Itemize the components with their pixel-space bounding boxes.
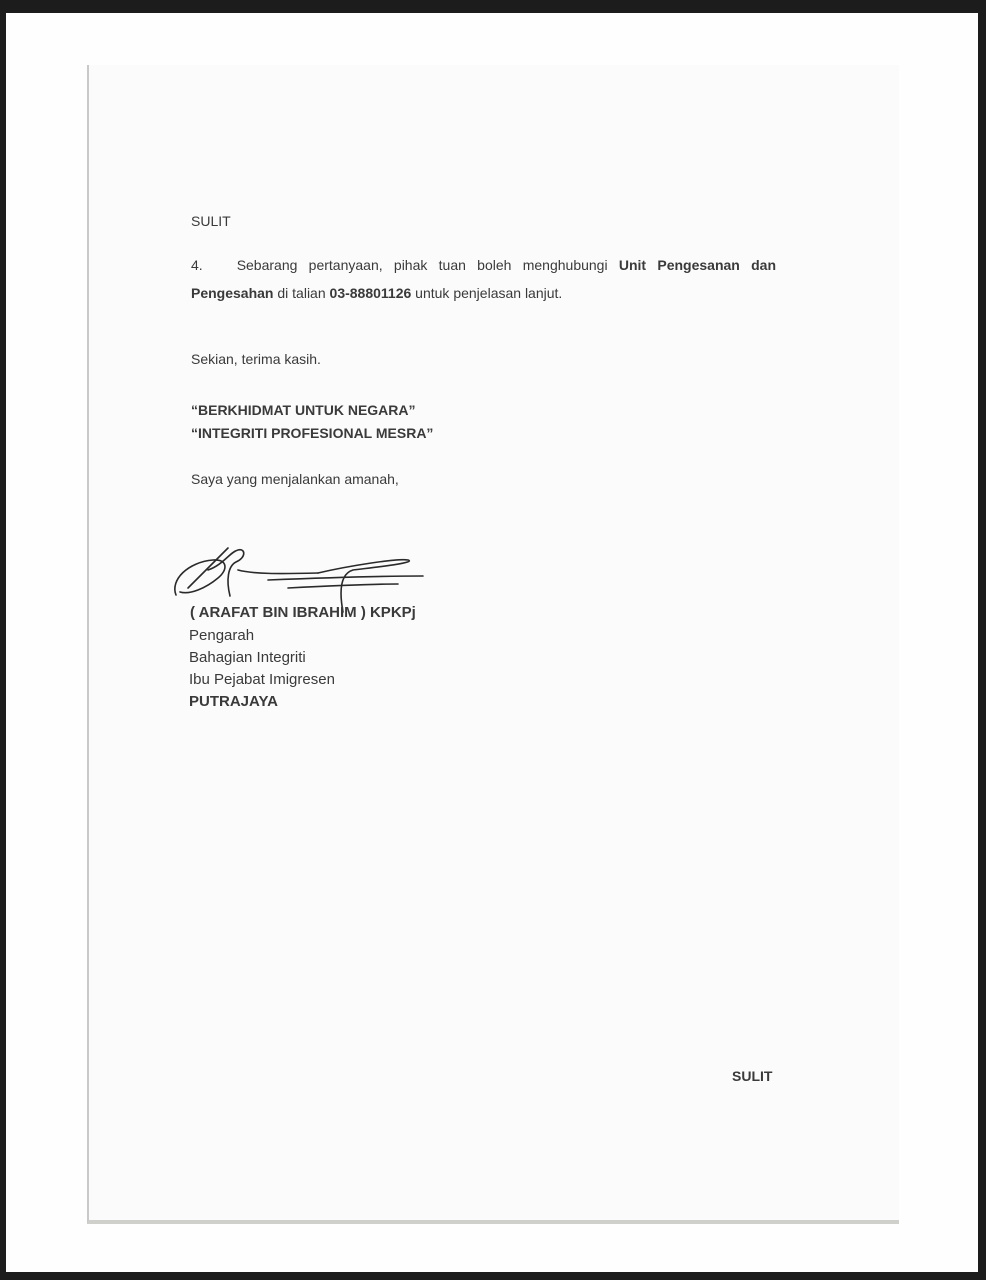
signatory-division: Bahagian Integriti [189, 649, 306, 666]
paragraph-text-end: untuk penjelasan lanjut. [411, 285, 562, 301]
unit-name: Unit Pengesanan dan [619, 257, 776, 273]
motto-1: “BERKHIDMAT UNTUK NEGARA” [191, 402, 416, 418]
signatory-city: PUTRAJAYA [189, 693, 278, 710]
paragraph-text-middle: di talian [273, 285, 329, 301]
paragraph-line-1: 4.Sebarang pertanyaan, pihak tuan boleh … [191, 257, 776, 273]
paragraph-line-2: Pengesahan di talian 03-88801126 untuk p… [191, 285, 562, 301]
unit-name-cont: Pengesahan [191, 285, 273, 301]
motto-2: “INTEGRITI PROFESIONAL MESRA” [191, 425, 433, 441]
signatory-office: Ibu Pejabat Imigresen [189, 671, 335, 688]
phone-number: 03-88801126 [330, 285, 412, 301]
paragraph-text-start: Sebarang pertanyaan, pihak tuan boleh me… [237, 257, 619, 273]
paragraph-number: 4. [191, 257, 203, 273]
signatory-title: Pengarah [189, 627, 254, 644]
sign-off: Saya yang menjalankan amanah, [191, 471, 399, 487]
header-classification: SULIT [191, 213, 231, 229]
document-page [87, 65, 899, 1224]
footer-classification: SULIT [732, 1068, 772, 1084]
signatory-name: ( ARAFAT BIN IBRAHIM ) KPKPj [190, 604, 416, 621]
closing-text: Sekian, terima kasih. [191, 351, 321, 367]
